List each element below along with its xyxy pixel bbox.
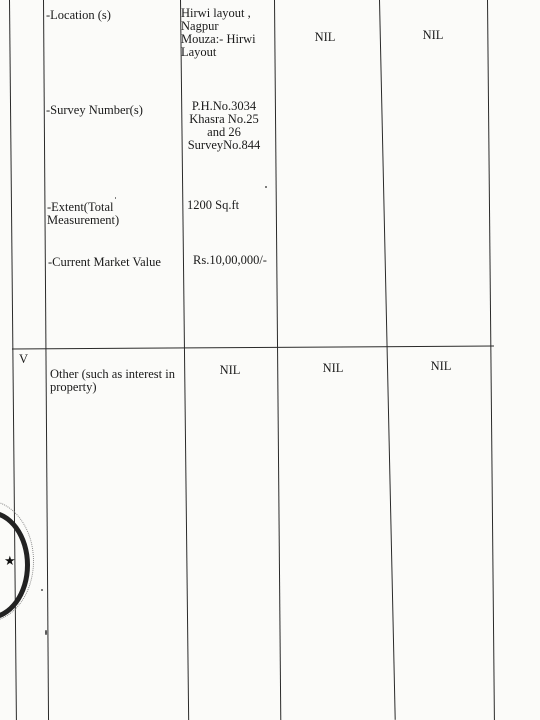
survey-value: P.H.No.3034 Khasra No.25 and 26 SurveyNo… [178,100,270,152]
other-col2-nil: NIL [200,364,260,377]
scan-speck [45,630,47,635]
scan-speck [41,589,43,591]
market-value-value: Rs.10,00,000/- [193,254,267,267]
other-col4-nil: NIL [411,360,471,373]
extent-label: -Extent(Total Measurement) [47,201,119,227]
scan-speck [115,197,116,199]
row-divider [12,346,494,350]
star-icon: ★ [4,553,16,569]
table-divider-col4 [379,0,396,720]
col4-nil: NIL [403,29,463,42]
market-value-label: -Current Market Value [48,256,161,269]
location-value: Hirwi layout , Nagpur Mouza:- Hirwi Layo… [181,7,256,59]
table-divider-col3 [274,0,281,720]
scan-speck [265,186,267,188]
survey-label: -Survey Number(s) [46,104,143,117]
col3-nil: NIL [295,31,355,44]
table-border-right [487,0,495,720]
location-label: -Location (s) [46,9,111,22]
row-number: V [19,353,28,366]
extent-value: 1200 Sq.ft [187,199,239,212]
other-col3-nil: NIL [303,362,363,375]
other-label: Other (such as interest in property) [50,368,175,394]
